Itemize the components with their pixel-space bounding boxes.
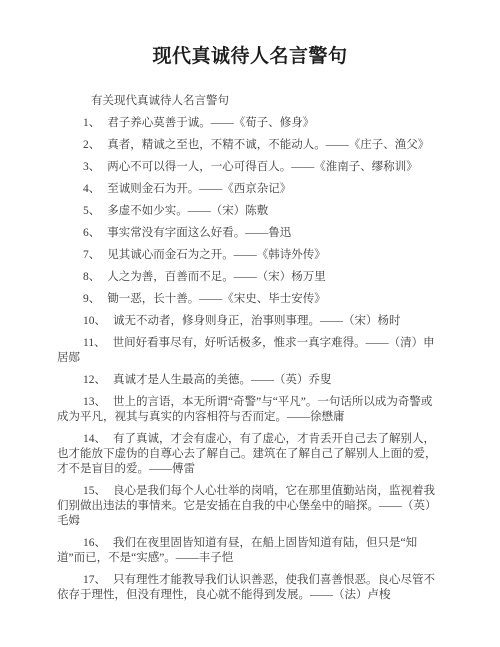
quote-number: 16、 — [83, 537, 106, 549]
quote-text: 两心不可以得一人，一心可得百人。——《淮南子、缪称训》 — [107, 161, 418, 173]
quote-item: 5、多虚不如少实。——（宋）陈敷 — [57, 204, 440, 219]
quote-text: 至诚则金石为开。——《西京杂记》 — [107, 183, 291, 195]
quote-number: 3、 — [83, 161, 100, 173]
quote-item: 7、见其诚心而金石为之开。——《韩诗外传》 — [57, 248, 440, 263]
quote-item: 1、君子养心莫善于诚。——《荀子、修身》 — [57, 116, 440, 131]
quote-item: 8、人之为善，百善而不足。——（宋）杨万里 — [57, 270, 440, 285]
quote-number: 10、 — [83, 315, 106, 327]
quote-text: 君子养心莫善于诚。——《荀子、修身》 — [107, 117, 314, 129]
quote-text: 世上的言语，本无所谓“奇警”与“平凡”。一句话所以成为奇警或成为平凡，视其与真实… — [57, 396, 432, 423]
quote-item: 6、事实常没有字面这么好看。——鲁迅 — [57, 226, 440, 241]
quote-item: 9、锄一恶，长十善。——《宋史、毕士安传》 — [57, 292, 440, 307]
quote-number: 2、 — [83, 139, 100, 151]
quote-text: 良心是我们每个人心壮举的岗哨，它在那里值勤站岗，监视着我们别做出违法的事情来。它… — [57, 485, 437, 527]
quote-text: 事实常没有字面这么好看。——鲁迅 — [107, 227, 291, 239]
document-title: 现代真诚待人名言警句 — [0, 0, 500, 69]
quote-text: 见其诚心而金石为之开。——《韩诗外传》 — [107, 249, 326, 261]
quote-number: 9、 — [83, 293, 100, 305]
quote-item: 3、两心不可以得一人，一心可得百人。——《淮南子、缪称训》 — [57, 160, 440, 175]
quote-number: 8、 — [83, 271, 100, 283]
quote-item: 15、良心是我们每个人心壮举的岗哨，它在那里值勤站岗，监视着我们别做出违法的事情… — [57, 484, 440, 529]
quote-number: 15、 — [83, 485, 106, 497]
quote-text: 多虚不如少实。——（宋）陈敷 — [107, 205, 268, 217]
document-subtitle: 有关现代真诚待人名言警句 — [57, 94, 440, 109]
quote-number: 5、 — [83, 205, 100, 217]
quote-number: 1、 — [83, 117, 100, 129]
document-page: 现代真诚待人名言警句 有关现代真诚待人名言警句 1、君子养心莫善于诚。——《荀子… — [0, 0, 500, 647]
quote-number: 13、 — [83, 396, 106, 408]
document-body: 有关现代真诚待人名言警句 1、君子养心莫善于诚。——《荀子、修身》 2、真者，精… — [0, 94, 500, 603]
quote-item: 12、真诚才是人生最高的美德。——（英）乔叟 — [57, 373, 440, 388]
quote-item: 16、我们在夜里固皆知道有昼，在船上固皆知道有陆，但只是“知道”而已，不是“实感… — [57, 536, 440, 566]
quote-item: 14、有了真诚，才会有虚心，有了虚心，才肯丢开自己去了解别人，也才能放下虚伪的自… — [57, 432, 440, 477]
quote-text: 真诚才是人生最高的美德。——（英）乔叟 — [113, 374, 332, 386]
quote-number: 17、 — [83, 574, 106, 586]
quote-text: 锄一恶，长十善。——《宋史、毕士安传》 — [107, 293, 326, 305]
quote-item: 17、只有理性才能教导我们认识善恶，使我们喜善恨恶。良心尽管不依存于理性，但没有… — [57, 573, 440, 603]
quote-item: 4、至诚则金石为开。——《西京杂记》 — [57, 182, 440, 197]
quote-number: 6、 — [83, 227, 100, 239]
quote-number: 11、 — [83, 337, 106, 349]
quote-text: 真者，精诚之至也，不精不诚，不能动人。——《庄子、渔父》 — [107, 139, 429, 151]
quote-item: 11、世间好看事尽有，好听话极多，惟求一真字难得。——（清）申居郧 — [57, 336, 440, 366]
quote-number: 7、 — [83, 249, 100, 261]
quote-text: 我们在夜里固皆知道有昼，在船上固皆知道有陆，但只是“知道”而已，不是“实感”。—… — [57, 537, 417, 564]
quote-list: 1、君子养心莫善于诚。——《荀子、修身》 2、真者，精诚之至也，不精不诚，不能动… — [57, 116, 440, 603]
quote-item: 2、真者，精诚之至也，不精不诚，不能动人。——《庄子、渔父》 — [57, 138, 440, 153]
quote-number: 14、 — [83, 433, 106, 445]
quote-text: 诚无不动者，修身则身正，治事则事理。——（宋）杨时 — [113, 315, 401, 327]
quote-number: 12、 — [83, 374, 106, 386]
quote-text: 世间好看事尽有，好听话极多，惟求一真字难得。——（清）申居郧 — [57, 337, 435, 364]
quote-text: 有了真诚，才会有虚心，有了虚心，才肯丢开自己去了解别人，也才能放下虚伪的自尊心去… — [57, 433, 437, 475]
quote-text: 只有理性才能教导我们认识善恶，使我们喜善恨恶。良心尽管不依存于理性，但没有理性，… — [57, 574, 435, 601]
quote-number: 4、 — [83, 183, 100, 195]
quote-item: 13、世上的言语，本无所谓“奇警”与“平凡”。一句话所以成为奇警或成为平凡，视其… — [57, 395, 440, 425]
quote-item: 10、诚无不动者，修身则身正，治事则事理。——（宋）杨时 — [57, 314, 440, 329]
quote-text: 人之为善，百善而不足。——（宋）杨万里 — [107, 271, 326, 283]
